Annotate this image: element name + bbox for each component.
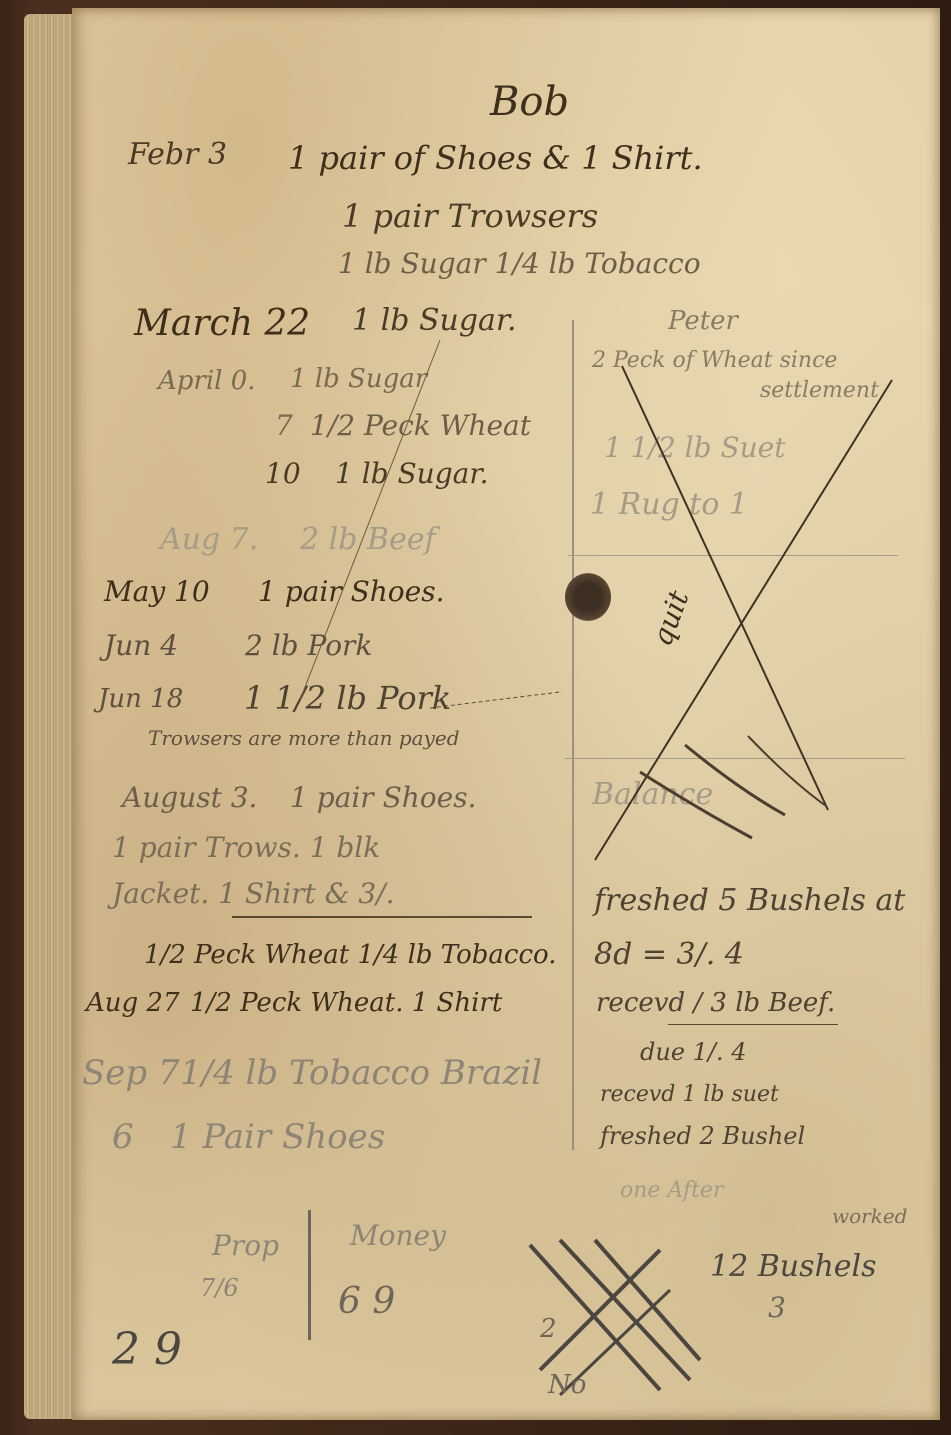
tally-value: No [548, 1372, 586, 1398]
bushels-value: 12 Bushels [710, 1252, 877, 1282]
tally-value: 2 [540, 1316, 557, 1342]
hatched-cross-marks [0, 0, 951, 1435]
tally-value: 3 [768, 1294, 786, 1322]
